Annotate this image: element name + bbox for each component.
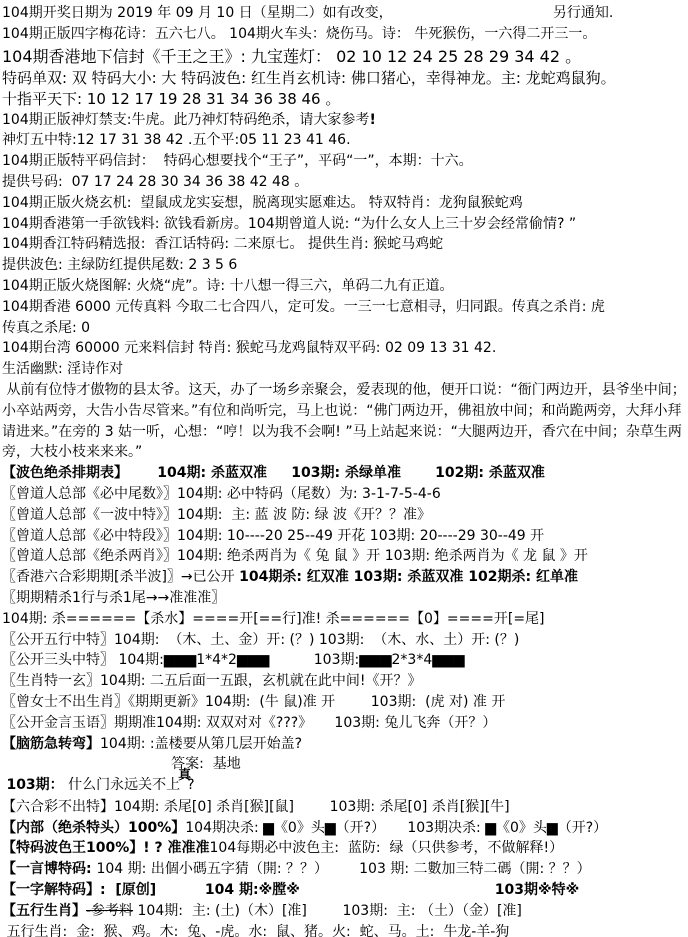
internal-kill-head-line-seg-0: 【内部（绝杀特头）100%】 <box>2 820 185 836</box>
five-element-zodiac-ref-line-seg-0: 【五行生肖】 <box>2 903 86 919</box>
five-element-zodiac-map-line: 五行生肖: 金: 猴、鸡。木: 兔、-虎。水: 鼠、猪。火: 蛇、马。土: 牛龙… <box>2 922 688 937</box>
five-element-zodiac-map-line-seg-0: 五行生肖: 金: 猴、鸡。木: 兔、-虎。水: 鼠、猪。火: 蛇、马。土: 牛龙… <box>2 924 509 937</box>
internal-kill-head-line-seg-1: 104期决杀: <box>185 820 263 836</box>
humor-paragraph-seg-0: 从前有位恃才傲物的县太爷。这天，办了一场乡亲聚会，爱表现的他，便开口说：“衙门两… <box>2 382 686 460</box>
one-word-special-line: 【一言博特码: 104 期: 出個小碼五字猜（開: ？？） 103 期: 二數加… <box>2 859 688 880</box>
magic-lamp-ban-line-seg-1: ! <box>369 112 375 128</box>
zengdaoren-wave-line: 〖曾道人总部《一波中特》〗104期: 主: 蓝 波 防: 绿 波《开？？准》 <box>2 505 688 526</box>
three-heads-open-line-seg-0: 〖公开三头中特〗 104期: <box>2 652 164 668</box>
no-special-line-seg-0: 【六合彩不出特】104期: 杀尾[0] 杀肖[猴][鼠] 103期: 杀尾[0]… <box>2 799 510 815</box>
ten-fingers-line-seg-0: 十指平天下: 10 12 17 19 28 31 34 36 38 46 。 <box>2 90 340 108</box>
five-elements-open-line-seg-0: 〖公开五行中特〗104期: （木、土、金）开: (？) 103期: （木、水、土… <box>2 632 519 648</box>
three-heads-open-line-seg-3: ▆▆▆ <box>237 652 269 668</box>
internal-kill-head-line-seg-4: ▆ <box>325 820 336 836</box>
internal-kill-head-line-seg-7: 《0》头 <box>496 820 547 836</box>
provided-numbers-line-seg-0: 提供号码: 07 17 24 28 30 34 36 38 42 48 。 <box>2 174 308 190</box>
first-hand-money-line: 104期香港第一手欲钱料: 欲钱看新房。104期曾道人说: “为什么女人上三十岁… <box>2 214 688 235</box>
special-code-attrs-line-seg-0: 特码单双: 双 特码大小: 大 特码波色: 红生肖玄机诗: 佛口猪心，幸得神龙。… <box>2 69 616 87</box>
brain-teaser-103-line: 103期： 什么门永远关不上真? <box>2 775 688 797</box>
zengdaoren-segment-line-seg-0: 〖曾道人总部《必中特段》〗104期: 10----20 25--49 开花 10… <box>2 528 544 544</box>
wave-kill-schedule-line-seg-0: 【波色绝杀排期表】 104期: 杀蓝双准 103期: 杀绿单准 102期: 杀蓝… <box>2 465 545 481</box>
underground-envelope-line: 104期香港地下信封《千王之王》: 九宝莲灯： 02 10 12 24 25 2… <box>2 45 688 68</box>
golden-words-line-seg-0: 〖公开金言玉语〗期期准104期: 双双对对《???》 103期: 兔儿飞奔（开？… <box>2 715 496 731</box>
one-char-special-line-seg-0: 【一字解特码】: [原创] 104 期:※膛※ 103期※特※ <box>2 882 579 898</box>
text-lines: 104期开奖日期为 2019 年 09 月 10 日（星期二）如有改变， 另行通… <box>2 3 688 937</box>
three-heads-open-line-seg-6: 2*3*4 <box>392 652 433 668</box>
special-code-attrs-line: 特码单双: 双 特码大小: 大 特码波色: 红生肖玄机诗: 佛口猪心，幸得神龙。… <box>2 68 688 89</box>
internal-kill-head-line-seg-8: ▆ <box>547 820 558 836</box>
zengdaoren-tail-line: 〖曾道人总部《必中尾数》〗104期: 必中特码（尾数）为: 3-1-7-5-4-… <box>2 484 688 505</box>
lamp-five-special-line-seg-0: 神灯五中特:12 17 31 38 42 .五个平:05 11 23 41 46… <box>2 132 351 148</box>
hk-6000-fax-line-seg-0: 104期香港 6000 元传真料 今取二七合四八，定可发。一三一七意相寻，归同跟… <box>2 299 605 315</box>
three-heads-open-line: 〖公开三头中特〗 104期:▆▆▆1*4*2▆▆▆ 103期:▆▆▆2*3*4▆… <box>2 650 688 671</box>
plum-poem-line-seg-0: 104期正版四字梅花诗：五六七八。 104期火车头：烧伤马。诗： 牛死猴伤，一六… <box>2 26 596 42</box>
wave-color-king-line-seg-1: 104每期必中波色主: 蓝防: 绿（只供参考，不做解释!） <box>210 840 564 856</box>
life-humor-title-line: 生活幽默: 淫诗作对 <box>2 359 688 380</box>
zengnvshi-zodiac-line-seg-0: 〖曾女士不出生肖〗《期期更新》104期: (牛 鼠)准 开 103期: (虎 对… <box>2 694 505 710</box>
fire-diagram-line: 104期正版火烧图解: 火烧“虎”。诗: 十八想一得三六，单码二九有正道。 <box>2 276 688 297</box>
zengdaoren-segment-line: 〖曾道人总部《必中特段》〗104期: 10----20 25--49 开花 10… <box>2 526 688 547</box>
internal-kill-head-line-seg-3: 《0》头 <box>274 820 325 836</box>
wave-color-king-line: 【特码波色王100%】! ? 准准准104每期必中波色主: 蓝防: 绿（只供参考… <box>2 838 688 859</box>
draw-date-line-seg-0: 104期开奖日期为 2019 年 09 月 10 日（星期二）如有改变， 另行通… <box>2 5 613 21</box>
provided-numbers-line: 提供号码: 07 17 24 28 30 34 36 38 42 48 。 <box>2 172 688 193</box>
zodiac-mystery-line: 〖生肖特一玄〗104期: 二五后面一五跟，玄机就在此中间!《开？》 <box>2 671 688 692</box>
internal-kill-head-line-seg-2: ▆ <box>263 820 274 836</box>
provided-wave-color-line: 提供波色: 主绿防红提供尾数: 2 3 5 6 <box>2 255 688 276</box>
fire-mystery-line: 104期正版火烧玄机: 望鼠成龙实妄想，脱离现实愿难达。 特双特肖：龙狗鼠猴蛇鸡 <box>2 193 688 214</box>
hk-6000-fax-line: 104期香港 6000 元传真料 今取二七合四八，定可发。一三一七意相寻，归同跟… <box>2 297 688 318</box>
zengdaoren-two-zodiac-line: 〖曾道人总部《绝杀两肖》〗104期: 绝杀两肖为《 兔 鼠 》开 103期: 绝… <box>2 546 688 567</box>
provided-wave-color-line-seg-0: 提供波色: 主绿防红提供尾数: 2 3 5 6 <box>2 257 237 273</box>
zengdaoren-tail-line-seg-0: 〖曾道人总部《必中尾数》〗104期: 必中特码（尾数）为: 3-1-7-5-4-… <box>2 486 441 502</box>
five-element-zodiac-ref-line: 【五行生肖】-参考料 104期: 主: (土)（木）[准] 103期: 主: （… <box>2 901 688 922</box>
first-hand-money-line-seg-0: 104期香港第一手欲钱料: 欲钱看新房。104期曾道人说: “为什么女人上三十岁… <box>2 216 576 232</box>
taiwan-60000-line: 104期台湾 60000 元来料信封 特肖: 猴蛇马龙鸡鼠特双平码: 02 09… <box>2 338 688 359</box>
one-word-special-line-seg-1: 104 期: 出個小碼五字猜（開: ？？） 103 期: 二數加三特二碼（開: … <box>96 861 590 877</box>
three-heads-open-line-seg-5: ▆▆▆ <box>359 652 391 668</box>
brain-teaser-answer-line: 答案: 基地 <box>2 754 688 775</box>
brain-teaser-line-seg-1: 104期: :盖楼要从第几层开始盖? <box>100 736 302 752</box>
kill-row-tail-title-line: 〖期期精杀1行与杀1尾→→准准准〗 <box>2 588 688 609</box>
magic-lamp-ban-line: 104期正版神灯禁支:牛虎。此乃神灯特码绝杀，请大家参考! <box>2 110 688 131</box>
brain-teaser-103-line-seg-2: 什么门永远关不上 <box>64 777 180 793</box>
magic-lamp-ban-line-seg-0: 104期正版神灯禁支:牛虎。此乃神灯特码绝杀，请大家参考 <box>2 112 369 128</box>
no-special-line: 【六合彩不出特】104期: 杀尾[0] 杀肖[猴][鼠] 103期: 杀尾[0]… <box>2 797 688 818</box>
wave-color-king-line-seg-0: 【特码波色王100%】! ? 准准准 <box>2 840 210 856</box>
hk-half-wave-line-seg-1: 104期杀: 红双准 103期: 杀蓝双准 102期杀: 红单准 <box>239 569 578 585</box>
draw-date-line: 104期开奖日期为 2019 年 09 月 10 日（星期二）如有改变， 另行通… <box>2 3 688 24</box>
fax-kill-tail-line: 传真之杀尾: 0 <box>2 318 688 339</box>
brain-teaser-answer-line-seg-0: 答案: 基地 <box>2 756 241 772</box>
underground-envelope-line-seg-0: 104期香港地下信封《千王之王》: 九宝莲灯： 02 10 12 24 25 2… <box>2 47 581 66</box>
plum-poem-line: 104期正版四字梅花诗：五六七八。 104期火车头：烧伤马。诗： 牛死猴伤，一六… <box>2 24 688 45</box>
internal-kill-head-line-seg-6: ▆ <box>485 820 496 836</box>
lamp-five-special-line: 神灯五中特:12 17 31 38 42 .五个平:05 11 23 41 46… <box>2 130 688 151</box>
kill-water-line: 104期: 杀======【杀水】====开[==行]准! 杀======【0】… <box>2 609 688 630</box>
internal-kill-head-line: 【内部（绝杀特头）100%】104期决杀: ▆《0》头▆（开?） 103期决杀:… <box>2 818 688 839</box>
three-heads-open-line-seg-2: 1*4*2 <box>196 652 237 668</box>
fax-kill-tail-line-seg-0: 传真之杀尾: 0 <box>2 320 90 336</box>
three-heads-open-line-seg-1: ▆▆▆ <box>164 652 196 668</box>
five-element-zodiac-ref-line-seg-2: 104期: 主: (土)（木）[准] 103期: 主: （土）（金）[准] <box>133 903 522 919</box>
one-char-special-line: 【一字解特码】: [原创] 104 期:※膛※ 103期※特※ <box>2 880 688 901</box>
brain-teaser-103-line-seg-3: 真 <box>178 766 191 787</box>
life-humor-title-line-seg-0: 生活幽默: 淫诗作对 <box>2 361 123 377</box>
three-heads-open-line-seg-7: ▆▆▆ <box>432 652 464 668</box>
golden-words-line: 〖公开金言玉语〗期期准104期: 双双对对《???》 103期: 兔儿飞奔（开？… <box>2 713 688 734</box>
zengdaoren-wave-line-seg-0: 〖曾道人总部《一波中特》〗104期: 主: 蓝 波 防: 绿 波《开？？准》 <box>2 507 431 523</box>
brain-teaser-line-seg-0: 【脑筋急转弯】 <box>2 736 100 752</box>
humor-paragraph: 从前有位恃才傲物的县太爷。这天，办了一场乡亲聚会，爱表现的他，便开口说：“衙门两… <box>2 380 688 463</box>
internal-kill-head-line-seg-5: （开?） 103期决杀: <box>336 820 486 836</box>
zengdaoren-two-zodiac-line-seg-0: 〖曾道人总部《绝杀两肖》〗104期: 绝杀两肖为《 兔 鼠 》开 103期: 绝… <box>2 548 588 564</box>
three-heads-open-line-seg-4: 103期: <box>269 652 359 668</box>
internal-kill-head-line-seg-9: （开?） <box>558 820 607 836</box>
fire-diagram-line-seg-0: 104期正版火烧图解: 火烧“虎”。诗: 十八想一得三六，单码二九有正道。 <box>2 278 454 294</box>
taiwan-60000-line-seg-0: 104期台湾 60000 元来料信封 特肖: 猴蛇马龙鸡鼠特双平码: 02 09… <box>2 340 496 356</box>
special-flat-envelope-line-seg-0: 104期正版特平码信封： 特码心想要找个“王子”，平码“一”，本期：十六。 <box>2 153 473 169</box>
kill-water-line-seg-0: 104期: 杀======【杀水】====开[==行]准! 杀======【0】… <box>2 611 545 627</box>
one-word-special-line-seg-0: 【一言博特码: <box>2 861 96 877</box>
hk-half-wave-line: 〖香港六合彩期期[杀半波]〗→已公开 104期杀: 红双准 103期: 杀蓝双准… <box>2 567 688 588</box>
zengnvshi-zodiac-line: 〖曾女士不出生肖〗《期期更新》104期: (牛 鼠)准 开 103期: (虎 对… <box>2 692 688 713</box>
ten-fingers-line: 十指平天下: 10 12 17 19 28 31 34 36 38 46 。 <box>2 89 688 110</box>
xiangjiang-report-line-seg-0: 104期香江特码精选报: 香江话特码: 二来原七。 提供生肖: 猴蛇马鸡蛇 <box>2 236 443 252</box>
lottery-info-page: 104期开奖日期为 2019 年 09 月 10 日（星期二）如有改变， 另行通… <box>0 0 688 937</box>
xiangjiang-report-line: 104期香江特码精选报: 香江话特码: 二来原七。 提供生肖: 猴蛇马鸡蛇 <box>2 234 688 255</box>
special-flat-envelope-line: 104期正版特平码信封： 特码心想要找个“王子”，平码“一”，本期：十六。 <box>2 151 688 172</box>
kill-row-tail-title-line-seg-0: 〖期期精杀1行与杀1尾→→准准准〗 <box>2 590 225 606</box>
fire-mystery-line-seg-0: 104期正版火烧玄机: 望鼠成龙实妄想，脱离现实愿难达。 特双特肖：龙狗鼠猴蛇鸡 <box>2 195 523 211</box>
five-element-zodiac-ref-line-seg-1: -参考料 <box>86 903 133 919</box>
hk-half-wave-line-seg-0: 〖香港六合彩期期[杀半波]〗→已公开 <box>2 569 239 585</box>
zodiac-mystery-line-seg-0: 〖生肖特一玄〗104期: 二五后面一五跟，玄机就在此中间!《开？》 <box>2 673 422 689</box>
wave-kill-schedule-line: 【波色绝杀排期表】 104期: 杀蓝双准 103期: 杀绿单准 102期: 杀蓝… <box>2 463 688 484</box>
brain-teaser-103-line-seg-1: 103期： <box>6 777 63 793</box>
five-elements-open-line: 〖公开五行中特〗104期: （木、土、金）开: (？) 103期: （木、水、土… <box>2 630 688 651</box>
brain-teaser-line: 【脑筋急转弯】104期: :盖楼要从第几层开始盖? <box>2 734 688 755</box>
